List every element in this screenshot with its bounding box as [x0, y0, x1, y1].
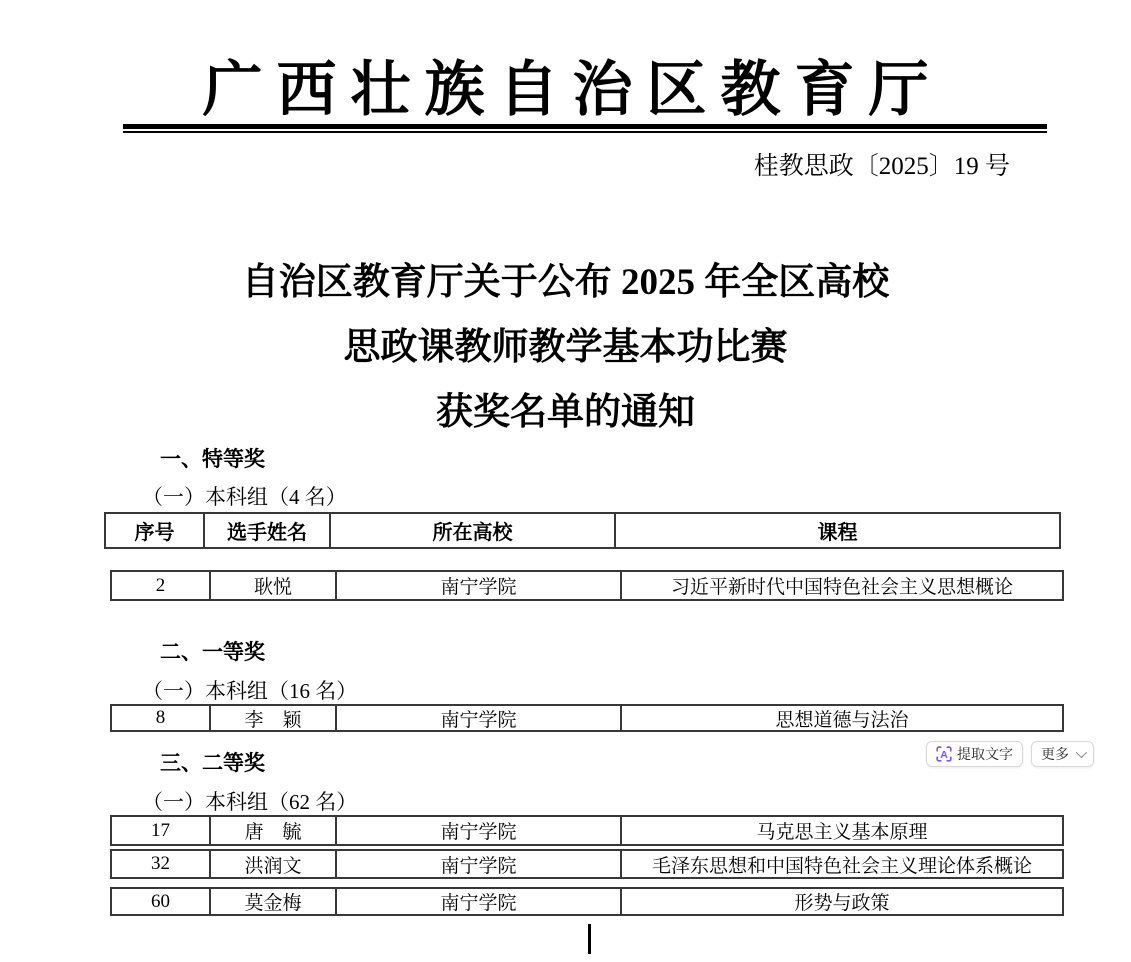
table-row: 17 唐 毓 南宁学院 马克思主义基本原理 — [110, 815, 1064, 846]
cell-course: 马克思主义基本原理 — [620, 817, 1062, 844]
table-row: 8 李 颖 南宁学院 思想道德与法治 — [110, 704, 1064, 732]
image-viewer-toolbar: A 提取文字 更多 — [926, 741, 1094, 767]
group-label-special-prize: （一）本科组（4 名） — [142, 481, 347, 511]
document-page: 广西壮族自治区教育厅 桂教思政〔2025〕19 号 自治区教育厅关于公布 202… — [0, 0, 1131, 962]
cell-course: 习近平新时代中国特色社会主义思想概论 — [620, 572, 1062, 599]
cell-name: 李 颖 — [209, 706, 335, 730]
cell-course: 形势与政策 — [620, 889, 1062, 914]
text-cursor[interactable] — [588, 924, 591, 954]
cell-index: 60 — [112, 889, 209, 914]
group-label-second-prize: （一）本科组（62 名） — [142, 786, 357, 816]
cell-name: 唐 毓 — [209, 817, 335, 844]
cell-school: 南宁学院 — [335, 817, 620, 844]
notice-title-line2: 思政课教师教学基本功比赛 — [0, 315, 1131, 380]
cell-school: 南宁学院 — [335, 851, 620, 877]
table-row: 2 耿悦 南宁学院 习近平新时代中国特色社会主义思想概论 — [110, 570, 1064, 601]
chevron-down-icon — [1076, 747, 1087, 758]
table-row: 32 洪润文 南宁学院 毛泽东思想和中国特色社会主义理论体系概论 — [110, 849, 1064, 879]
cell-course: 毛泽东思想和中国特色社会主义理论体系概论 — [620, 851, 1062, 877]
cell-index: 17 — [112, 817, 209, 844]
cell-school: 南宁学院 — [335, 889, 620, 914]
extract-text-label: 提取文字 — [957, 744, 1013, 764]
document-number: 桂教思政〔2025〕19 号 — [0, 146, 1010, 182]
cell-school: 南宁学院 — [335, 706, 620, 730]
extract-text-button[interactable]: A 提取文字 — [926, 741, 1023, 767]
masthead-divider-rule — [123, 124, 1047, 133]
table-row: 60 莫金梅 南宁学院 形势与政策 — [110, 887, 1064, 916]
col-header-name: 选手姓名 — [203, 514, 329, 547]
section-heading-special-prize: 一、特等奖 — [160, 443, 265, 473]
svg-text:A: A — [940, 749, 948, 761]
section-heading-second-prize: 三、二等奖 — [160, 747, 265, 777]
cell-name: 洪润文 — [209, 851, 335, 877]
more-label: 更多 — [1041, 744, 1069, 764]
cell-index: 8 — [112, 706, 209, 730]
table-header-row: 序号 选手姓名 所在高校 课程 — [104, 512, 1061, 549]
group-label-first-prize: （一）本科组（16 名） — [142, 675, 357, 705]
section-heading-first-prize: 二、一等奖 — [160, 636, 265, 666]
col-header-index: 序号 — [106, 514, 203, 547]
col-header-school: 所在高校 — [329, 514, 614, 547]
col-header-course: 课程 — [614, 514, 1059, 547]
notice-title-line3: 获奖名单的通知 — [0, 380, 1131, 445]
cell-index: 2 — [112, 572, 209, 599]
cell-index: 32 — [112, 851, 209, 877]
more-button[interactable]: 更多 — [1031, 741, 1094, 767]
masthead-title: 广西壮族自治区教育厅 — [0, 42, 1131, 128]
cell-name: 莫金梅 — [209, 889, 335, 914]
cell-school: 南宁学院 — [335, 572, 620, 599]
notice-title: 自治区教育厅关于公布 2025 年全区高校 思政课教师教学基本功比赛 获奖名单的… — [0, 250, 1131, 445]
notice-title-line1: 自治区教育厅关于公布 2025 年全区高校 — [0, 250, 1131, 315]
scan-text-icon: A — [936, 746, 952, 762]
cell-name: 耿悦 — [209, 572, 335, 599]
cell-course: 思想道德与法治 — [620, 706, 1062, 730]
